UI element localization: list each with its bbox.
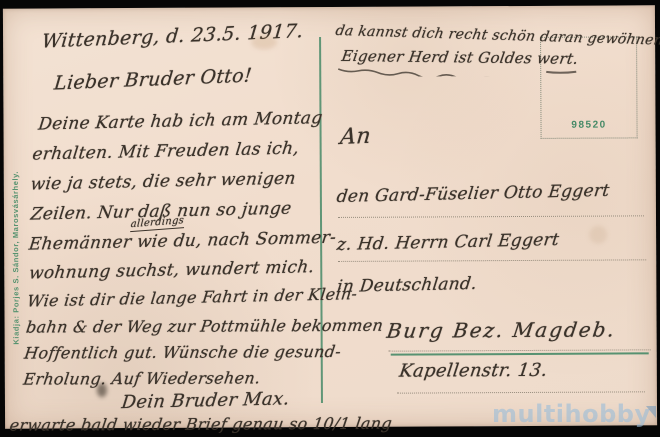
handwriting-line: Burg Bez. Magdeb. (385, 317, 617, 342)
address-handwriting: Anden Gard-Füselier Otto Eggertz. Hd. He… (3, 5, 655, 8)
handwriting-line: Wie ist dir die lange Fahrt in der Klein… (26, 284, 358, 311)
stamp-box-number: 98520 (571, 120, 606, 131)
publisher-imprint: Kiadja: Porjes S. Sándor, Marosvásárhely… (10, 87, 20, 345)
handwriting-line: allerdings (130, 215, 184, 232)
paper-stain (589, 226, 607, 244)
paper-stain (251, 35, 277, 49)
handwriting-line: Kapellenstr. 13. (398, 360, 549, 382)
address-rule-1 (338, 215, 644, 218)
ink-blot (97, 383, 107, 397)
handwriting-line: den Gard-Füselier Otto Eggert (335, 181, 610, 207)
handwriting-line: bahn & der Weg zur Pottmühle bekommen (25, 316, 385, 337)
handwriting-line: z. Hd. Herrn Carl Eggert (336, 230, 561, 255)
handwriting-line: erwarte bald wieder Brief genau so 10/1 … (8, 414, 393, 435)
overflow-handwriting: da kannst dich recht schön daran gewöhne… (3, 5, 655, 8)
address-rule-3-green (391, 352, 649, 355)
watermark-logo-triangle (646, 406, 656, 418)
address-rule-4 (397, 391, 645, 393)
watermark-text: multihobby (492, 400, 651, 428)
postcard-back: Kiadja: Porjes S. Sándor, Marosvásárhely… (3, 5, 657, 428)
handwriting-line: wohnung suchst, wundert mich. (28, 257, 316, 284)
handwriting-line: An (339, 124, 372, 150)
handwriting-line: in Deutschland. (336, 274, 478, 297)
handwriting-line: wie ja stets, die sehr wenigen (29, 169, 296, 195)
handwriting-line: erhalten. Mit Freuden las ich, (31, 139, 300, 165)
message-handwriting: Wittenberg, d. 23.5. 1917.Lieber Bruder … (3, 5, 655, 8)
handwriting-line: Erholung. Auf Wiedersehen. (22, 368, 262, 388)
handwriting-line: Lieber Bruder Otto! (53, 64, 253, 94)
postcard-scan: Kiadja: Porjes S. Sándor, Marosvásárhely… (0, 0, 660, 437)
address-rule-3 (389, 349, 651, 351)
handwriting-line: Hoffentlich gut. Wünsche die gesund- (23, 342, 342, 363)
handwriting-line: Dein Bruder Max. (120, 388, 290, 413)
address-rule-2 (338, 259, 646, 262)
handwriting-line: Eigener Herd ist Goldes wert. (340, 47, 579, 68)
handwriting-line: Ehemänner wie du, nach Sommer- (28, 228, 338, 255)
handwriting-line: Deine Karte hab ich am Montag (37, 108, 324, 135)
handwriting-line: da kannst dich recht schön daran gewöhne… (334, 23, 660, 49)
